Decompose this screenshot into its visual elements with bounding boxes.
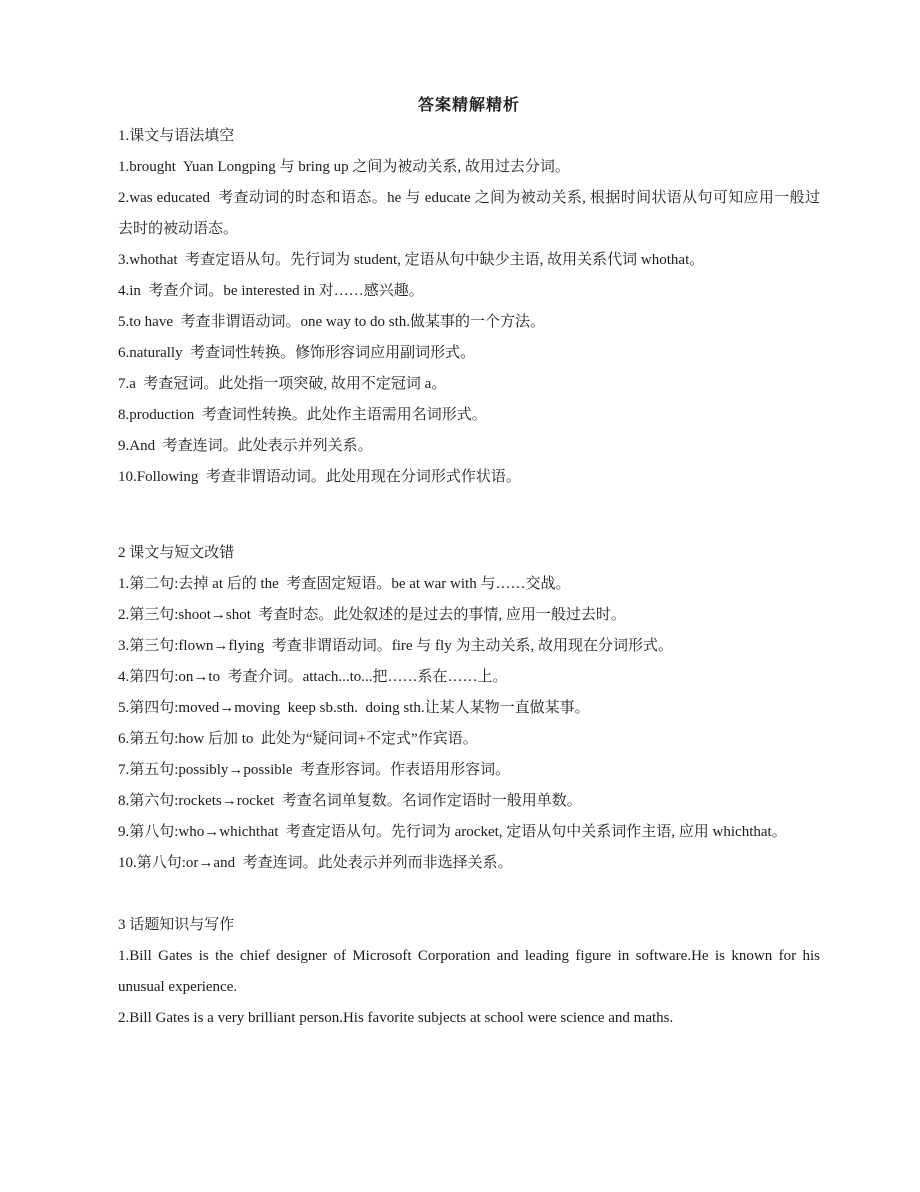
section-grammar-fill: 1.课文与语法填空 1.brought Yuan Longping 与 brin… [118,121,820,493]
answer-item: 1.第二句:去掉 at 后的 the 考查固定短语。be at war with… [118,569,820,600]
answer-item: 2.第三句:shoot→shot 考查时态。此处叙述的是过去的事情, 应用一般过… [118,600,820,631]
answer-item: 5.第四句:moved→moving keep sb.sth. doing st… [118,693,820,724]
answer-item: 3.第三句:flown→flying 考查非谓语动词。fire 与 fly 为主… [118,631,820,662]
section-2-heading: 2 课文与短文改错 [118,538,820,569]
answer-item: 2.Bill Gates is a very brilliant person.… [118,1003,820,1034]
document-page: 答案精解精析 1.课文与语法填空 1.brought Yuan Longping… [0,0,920,1192]
answer-item: 1.brought Yuan Longping 与 bring up 之间为被动… [118,152,820,183]
answer-item: 3.whothat 考查定语从句。先行词为 student, 定语从句中缺少主语… [118,245,820,276]
answer-item: 1.Bill Gates is the chief designer of Mi… [118,941,820,1003]
section-1-heading: 1.课文与语法填空 [118,121,820,152]
section-3-heading: 3 话题知识与写作 [118,910,820,941]
section-topic-writing: 3 话题知识与写作 1.Bill Gates is the chief desi… [118,910,820,1034]
answer-item: 6.第五句:how 后加 to 此处为“疑问词+不定式”作宾语。 [118,724,820,755]
answer-item: 2.was educated 考查动词的时态和语态。he 与 educate 之… [118,183,820,245]
answer-item: 4.in 考查介词。be interested in 对……感兴趣。 [118,276,820,307]
answer-item: 4.第四句:on→to 考查介词。attach...to...把……系在……上。 [118,662,820,693]
answer-item: 6.naturally 考查词性转换。修饰形容词应用副词形式。 [118,338,820,369]
answer-item: 9.第八句:who→whichthat 考查定语从句。先行词为 arocket,… [118,817,820,848]
answer-item: 7.第五句:possibly→possible 考查形容词。作表语用形容词。 [118,755,820,786]
answer-item: 8.第六句:rockets→rocket 考查名词单复数。名词作定语时一般用单数… [118,786,820,817]
answer-item: 5.to have 考查非谓语动词。one way to do sth.做某事的… [118,307,820,338]
answer-item: 7.a 考查冠词。此处指一项突破, 故用不定冠词 a。 [118,369,820,400]
doc-title: 答案精解精析 [118,90,820,121]
answer-item: 10.Following 考查非谓语动词。此处用现在分词形式作状语。 [118,462,820,493]
section-error-correction: 2 课文与短文改错 1.第二句:去掉 at 后的 the 考查固定短语。be a… [118,538,820,879]
answer-item: 8.production 考查词性转换。此处作主语需用名词形式。 [118,400,820,431]
answer-item: 10.第八句:or→and 考查连词。此处表示并列而非选择关系。 [118,848,820,879]
answer-item: 9.And 考查连词。此处表示并列关系。 [118,431,820,462]
